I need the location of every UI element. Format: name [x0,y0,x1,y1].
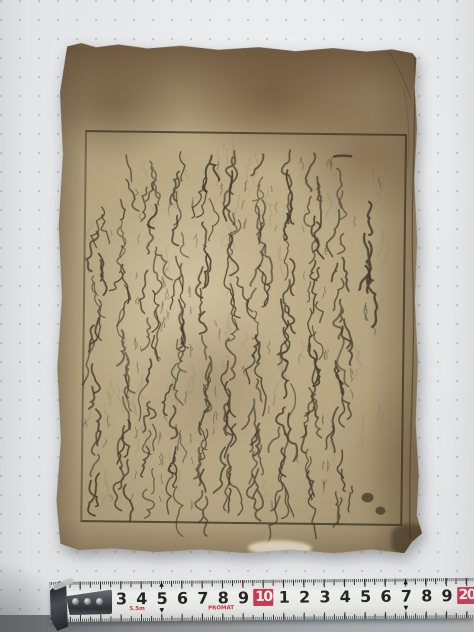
tape-brand-label: PROMAT [208,605,234,611]
tape-number: 5 [156,589,166,608]
tape-number: 3 [116,589,126,608]
tape-number: 8 [421,586,431,605]
tape-number: 2 [299,588,309,607]
tape-number: 1 [279,588,289,607]
tape-numbers: 345▲▼6789101234567▲▼8920 [50,578,474,622]
calligraphy-columns [53,42,429,556]
tape-number: 9 [441,586,451,605]
tape-number: 5 [360,587,370,606]
hook-rivet [72,598,79,605]
photo-scene: 345▲▼6789101234567▲▼8920 5.5m PROMAT [0,0,474,632]
tape-number: 7 [197,588,207,607]
tape-marker-triangle: ▼ [404,606,409,612]
tape-length-label: 5.5m [129,606,145,612]
hook-rivet [96,598,103,605]
tape-number: 4 [340,587,350,606]
tape-marker-triangle: ▲ [159,582,164,588]
tape-marker-triangle: ▲ [403,580,408,586]
tape-number: 6 [380,587,390,606]
book [53,42,429,556]
tape-number: 20 [457,587,474,604]
tape-measure: 345▲▼6789101234567▲▼8920 5.5m PROMAT [50,578,474,622]
tape-number: 10 [254,589,274,606]
tape-number: 3 [319,587,329,606]
hook-rivet [84,598,91,605]
tape-number: 7 [401,587,411,606]
tape-end-hook [50,575,112,631]
book-page [53,42,429,556]
tape-marker-triangle: ▼ [159,608,164,614]
tape-number: 9 [238,588,248,607]
tape-number: 6 [177,589,187,608]
